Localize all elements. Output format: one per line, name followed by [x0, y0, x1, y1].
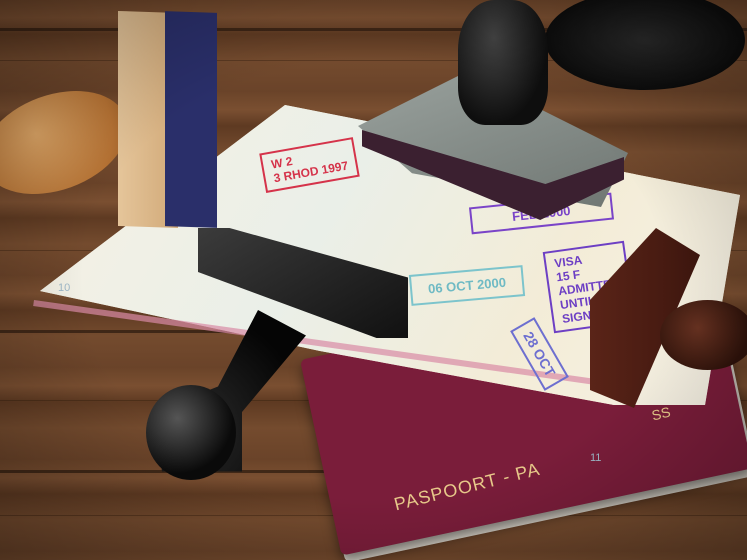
page-number: 11: [590, 452, 601, 464]
brown-stamp-handle: [660, 300, 747, 370]
stamp-text: 06 OCT 2000: [427, 275, 506, 297]
photo-scene: PASPOORT - PA SS W 2 3 RHOD 1997 FEB 200…: [0, 0, 747, 560]
ink-pad: [545, 0, 745, 90]
black-stamp-handle: [458, 0, 548, 125]
wooden-stamp-rubber-face: [165, 11, 217, 228]
page-number: 10: [58, 282, 70, 294]
black-stamp-knob: [146, 385, 236, 480]
